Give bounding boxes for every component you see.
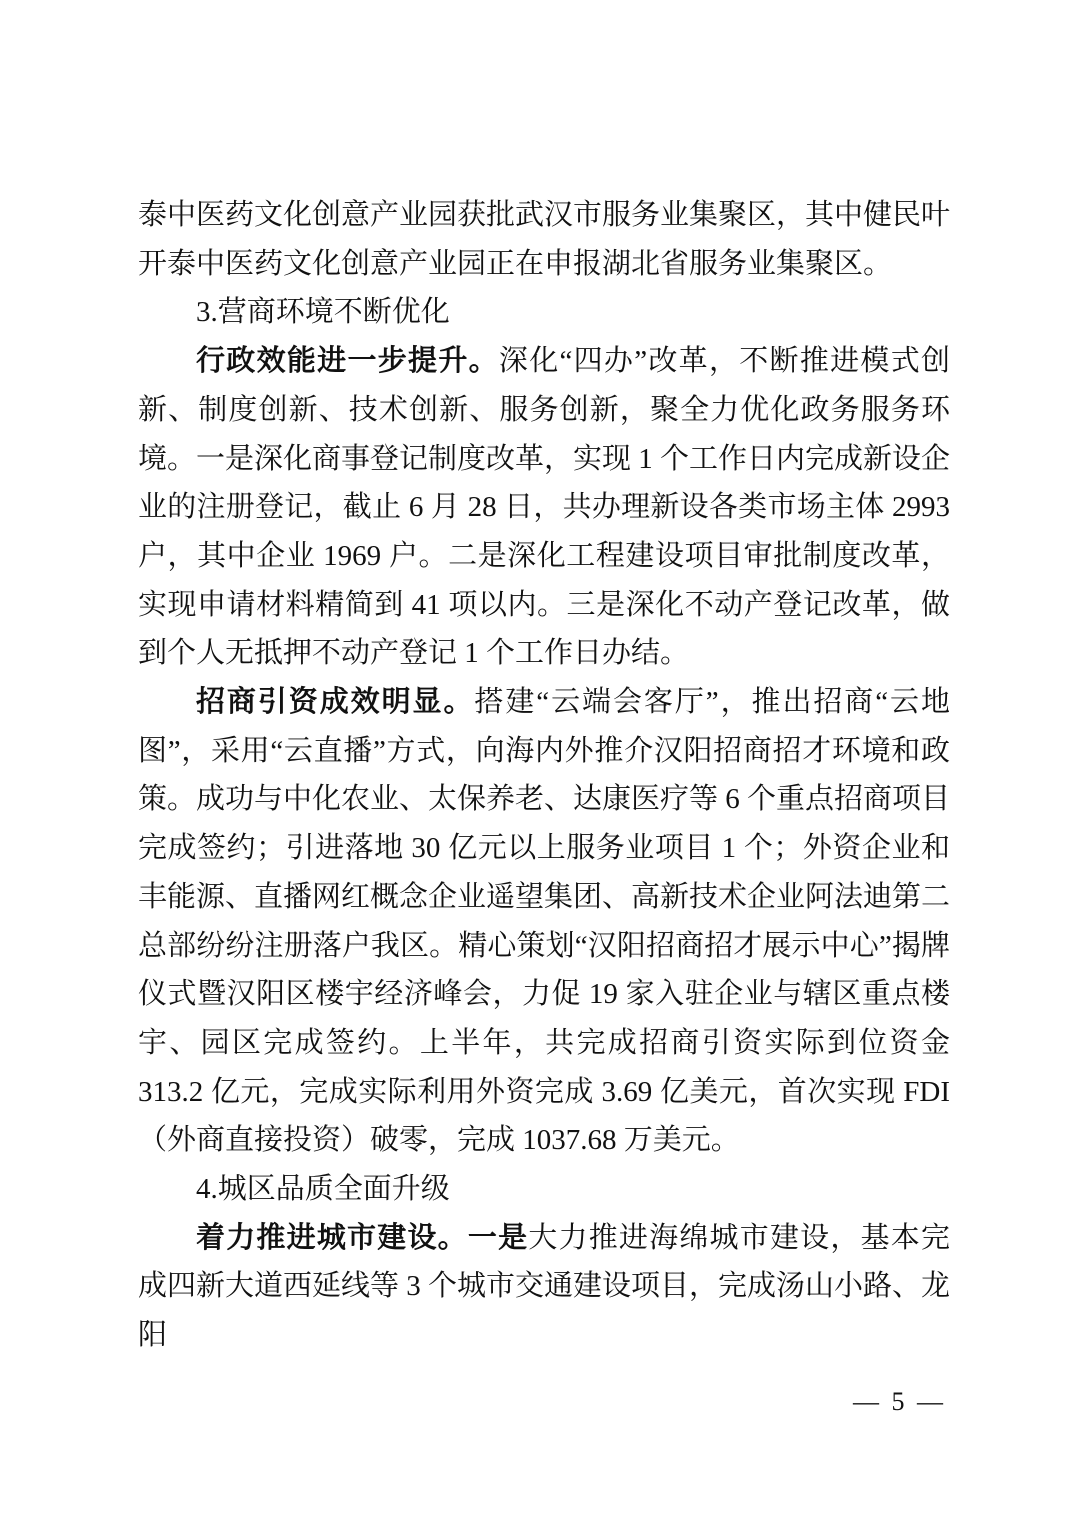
heading-business-environment: 3.营商环境不断优化 [138, 288, 950, 337]
paragraph-text: 深化“四办”改革，不断推进模式创新、制度创新、技术创新、服务创新，聚全力优化政务… [138, 345, 950, 669]
page-number: — 5 — [853, 1387, 946, 1417]
para-investment-attraction: 招商引资成效明显。搭建“云端会客厅”，推出招商“云地图”，采用“云直播”方式，向… [138, 678, 950, 1165]
paragraph-text: 搭建“云端会客厅”，推出招商“云地图”，采用“云直播”方式，向海内外推介汉阳招商… [138, 686, 950, 1156]
document-page: 泰中医药文化创意产业园获批武汉市服务业集聚区，其中健民叶开泰中医药文化创意产业园… [0, 0, 1074, 1520]
para-continuation: 泰中医药文化创意产业园获批武汉市服务业集聚区，其中健民叶开泰中医药文化创意产业园… [138, 191, 950, 288]
paragraph-lead-emphasis: 行政效能进一步提升。 [196, 345, 499, 377]
paragraph-text: 泰中医药文化创意产业园获批武汉市服务业集聚区，其中健民叶开泰中医药文化创意产业园… [138, 199, 950, 280]
heading-urban-quality: 4.城区品质全面升级 [138, 1165, 950, 1214]
document-body: 泰中医药文化创意产业园获批武汉市服务业集聚区，其中健民叶开泰中医药文化创意产业园… [138, 191, 950, 1360]
paragraph-lead-emphasis: 着力推进城市建设。一是 [196, 1222, 528, 1254]
para-urban-construction: 着力推进城市建设。一是大力推进海绵城市建设，基本完成四新大道西延线等 3 个城市… [138, 1214, 950, 1360]
para-administrative-efficiency: 行政效能进一步提升。深化“四办”改革，不断推进模式创新、制度创新、技术创新、服务… [138, 337, 950, 678]
paragraph-text: 3.营商环境不断优化 [196, 296, 450, 328]
paragraph-text: 4.城区品质全面升级 [196, 1173, 450, 1205]
paragraph-lead-emphasis: 招商引资成效明显。 [196, 686, 474, 718]
